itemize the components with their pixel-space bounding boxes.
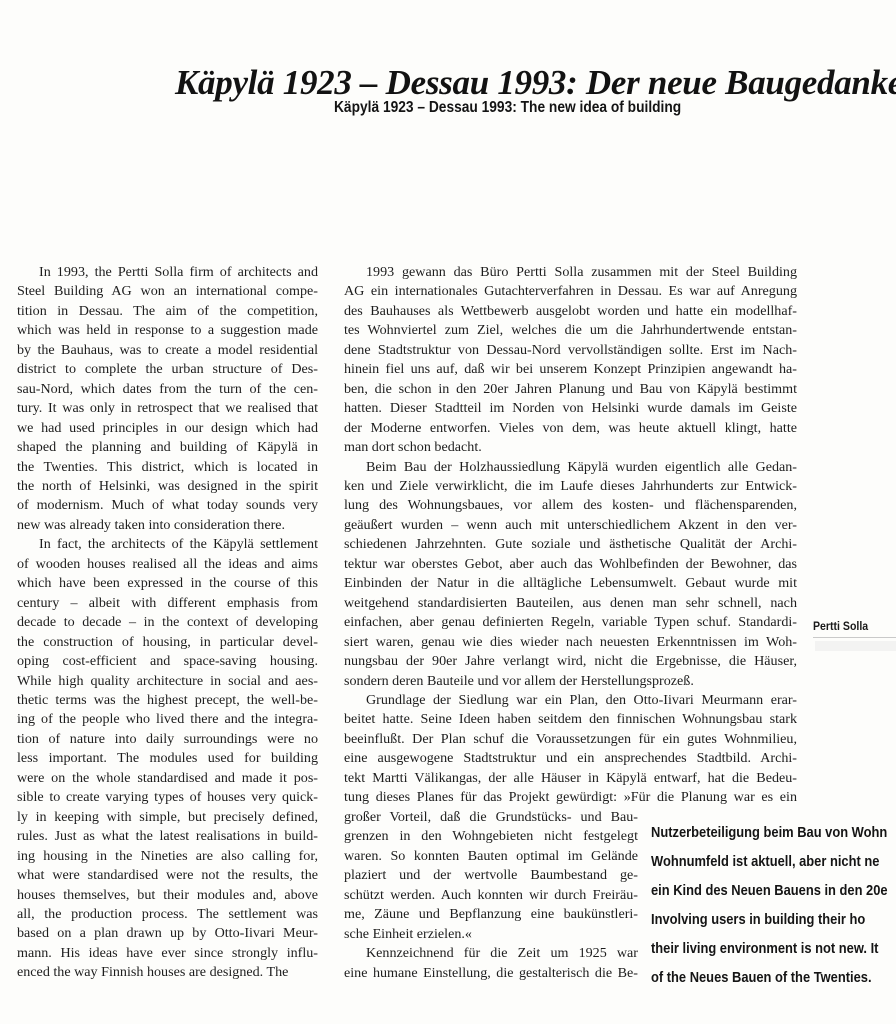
text-line: ben, die schon in den 20er Jahren Planun… (344, 380, 797, 399)
text-line: thetic terms was the highest precept, th… (17, 691, 318, 710)
text-line: Grundlage der Siedlung war ein Plan, den… (344, 691, 797, 710)
text-line: 1993 gewann das Büro Pertti Solla zusamm… (344, 263, 797, 282)
text-line: der Moderne entworfen. Vieles von dem, w… (344, 419, 797, 438)
english-text-column: In 1993, the Pertti Solla firm of archit… (17, 263, 318, 983)
text-line: tung dieses Planes für das Projekt gewür… (344, 788, 797, 807)
german-text-column-continued: großer Vorteil, daß die Grundstücks- und… (344, 808, 638, 983)
text-line: sche Einheit erzielen.« (344, 925, 638, 944)
page-subtitle: Käpylä 1923 – Dessau 1993: The new idea … (334, 97, 681, 119)
text-line: all, the production process. The settlem… (17, 905, 318, 924)
text-line: we had used principles in our design whi… (17, 419, 318, 438)
text-line: sau-Nord, which dates from the turn of t… (17, 380, 318, 399)
text-line: ing of the people who lived there and th… (17, 710, 318, 729)
text-line: by the Bauhaus, was to create a model re… (17, 341, 318, 360)
text-line: which was held in response to a suggesti… (17, 321, 318, 340)
text-line: of wooden houses realised all the ideas … (17, 555, 318, 574)
text-line: shaped the planning and building of Käpy… (17, 438, 318, 457)
text-line: AG ein internationales Gutachterverfahre… (344, 282, 797, 301)
text-line: grenzen in den Wohngebieten nicht festge… (344, 827, 638, 846)
text-line: beeinflußt. Der Plan schuf die Vorausset… (344, 730, 797, 749)
text-line: Beim Bau der Holzhaussiedlung Käpylä wur… (344, 458, 797, 477)
text-line: schützt werden. Auch konnten wir durch F… (344, 886, 638, 905)
text-line: Steel Building AG won an international c… (17, 282, 318, 301)
text-line: houses themselves, but their modules and… (17, 886, 318, 905)
text-line: hatten. Dieser Stadtteil im Norden von H… (344, 399, 797, 418)
text-line: of modernism. Much of what today sounds … (17, 496, 318, 515)
text-line: district to complete the urban structure… (17, 360, 318, 379)
pull-quote-line: Wohnumfeld ist aktuell, aber nicht ne (651, 847, 862, 876)
text-line: nungsbau der 90er Jahre verlangt wird, n… (344, 652, 797, 671)
text-line: the north of Helsinki, was designed in t… (17, 477, 318, 496)
text-line: siert waren, genau wie dies wieder nach … (344, 633, 797, 652)
german-text-column: 1993 gewann das Büro Pertti Solla zusamm… (344, 263, 797, 808)
text-line: oping cost-efficient and space-saving ho… (17, 652, 318, 671)
text-line: hinein fiel uns auf, daß wir bei unserem… (344, 360, 797, 379)
text-line: tion of nature into daily surroundings w… (17, 730, 318, 749)
pull-quote-line: Nutzerbeteiligung beim Bau von Wohn (651, 818, 862, 847)
text-line: beitet hatte. Seine Ideen haben seitdem … (344, 710, 797, 729)
text-line: sible to create varying types of houses … (17, 788, 318, 807)
text-line: In fact, the architects of the Käpylä se… (17, 535, 318, 554)
text-line: tes Wohnviertel zum Ziel, welches die um… (344, 321, 797, 340)
text-line: sondern deren Bauteile und vor allem der… (344, 672, 797, 691)
pull-quote: Nutzerbeteiligung beim Bau von WohnWohnu… (651, 818, 896, 992)
text-line: While high quality architecture in socia… (17, 672, 318, 691)
text-line: enced the way Finnish houses are designe… (17, 963, 318, 982)
text-line: schiedenen Jahrzehnten. Gute soziale und… (344, 535, 797, 554)
text-line: which have been expressed in the course … (17, 574, 318, 593)
text-line: ken und Ziele verwirklicht, die im Laufe… (344, 477, 797, 496)
text-line: waren. So konnten Bauten optimal im Gelä… (344, 847, 638, 866)
text-line: ly in keeping with simple, but precisely… (17, 808, 318, 827)
text-line: ing housing in the Nineties are also cal… (17, 847, 318, 866)
text-line: man dort schon bedacht. (344, 438, 797, 457)
text-line: einfachen, aber genau definierten Regeln… (344, 613, 797, 632)
pull-quote-line: Involving users in building their ho (651, 905, 862, 934)
text-line: tury. It was only in retrospect that we … (17, 399, 318, 418)
text-line: the Twenties. This district, which is lo… (17, 458, 318, 477)
text-line: weitgehend standardisierten Bauteilen, a… (344, 594, 797, 613)
text-line: were on the whole standardised and made … (17, 769, 318, 788)
text-line: eine humane Einstellung, die gestalteris… (344, 964, 638, 983)
text-line: großer Vorteil, daß die Grundstücks- und… (344, 808, 638, 827)
text-line: based on a plan drawn up by Otto-Iivari … (17, 924, 318, 943)
text-line: new was already taken into consideration… (17, 516, 318, 535)
text-line: geäußert wurden – wenn auch mit untersch… (344, 516, 797, 535)
caption-faded-text (815, 641, 896, 651)
text-line: Einbinden der Natur in die alltägliche L… (344, 574, 797, 593)
text-line: lung des Wohnungsbaues, vor allem des ko… (344, 496, 797, 515)
pull-quote-line: their living environment is not new. It (651, 934, 862, 963)
text-line: tekt Martti Välikangas, der alle Häuser … (344, 769, 797, 788)
text-line: what were standardised were not the resu… (17, 866, 318, 885)
text-line: century – albeit with different emphasis… (17, 594, 318, 613)
text-line: dene Stadtstruktur von Dessau-Nord vervo… (344, 341, 797, 360)
text-line: rules. Just as what the latest realisati… (17, 827, 318, 846)
pull-quote-line: ein Kind des Neuen Bauens in den 20e (651, 876, 862, 905)
text-line: Kennzeichnend für die Zeit um 1925 war (344, 944, 638, 963)
photo-caption-author: Pertti Solla (813, 618, 868, 634)
text-line: me, Zäune und Bepflanzung eine baukünstl… (344, 905, 638, 924)
text-line: tektur war oberstes Gebot, aber auch das… (344, 555, 797, 574)
text-line: mann. His ideas have ever since strongly… (17, 944, 318, 963)
text-line: des Bauhauses als Wettbewerb ausgelobt w… (344, 302, 797, 321)
text-line: eine ausgewogene Stadtstruktur und ein a… (344, 749, 797, 768)
text-line: decade to decade – in the context of dev… (17, 613, 318, 632)
pull-quote-line: of the Neues Bauen of the Twenties. (651, 963, 862, 992)
text-line: In 1993, the Pertti Solla firm of archit… (17, 263, 318, 282)
caption-divider (813, 637, 896, 638)
text-line: the construction of housing, in particul… (17, 633, 318, 652)
text-line: less important. The modules used for bui… (17, 749, 318, 768)
text-line: plaziert und der wertvolle Baumbestand g… (344, 866, 638, 885)
text-line: tition in Dessau. The aim of the competi… (17, 302, 318, 321)
